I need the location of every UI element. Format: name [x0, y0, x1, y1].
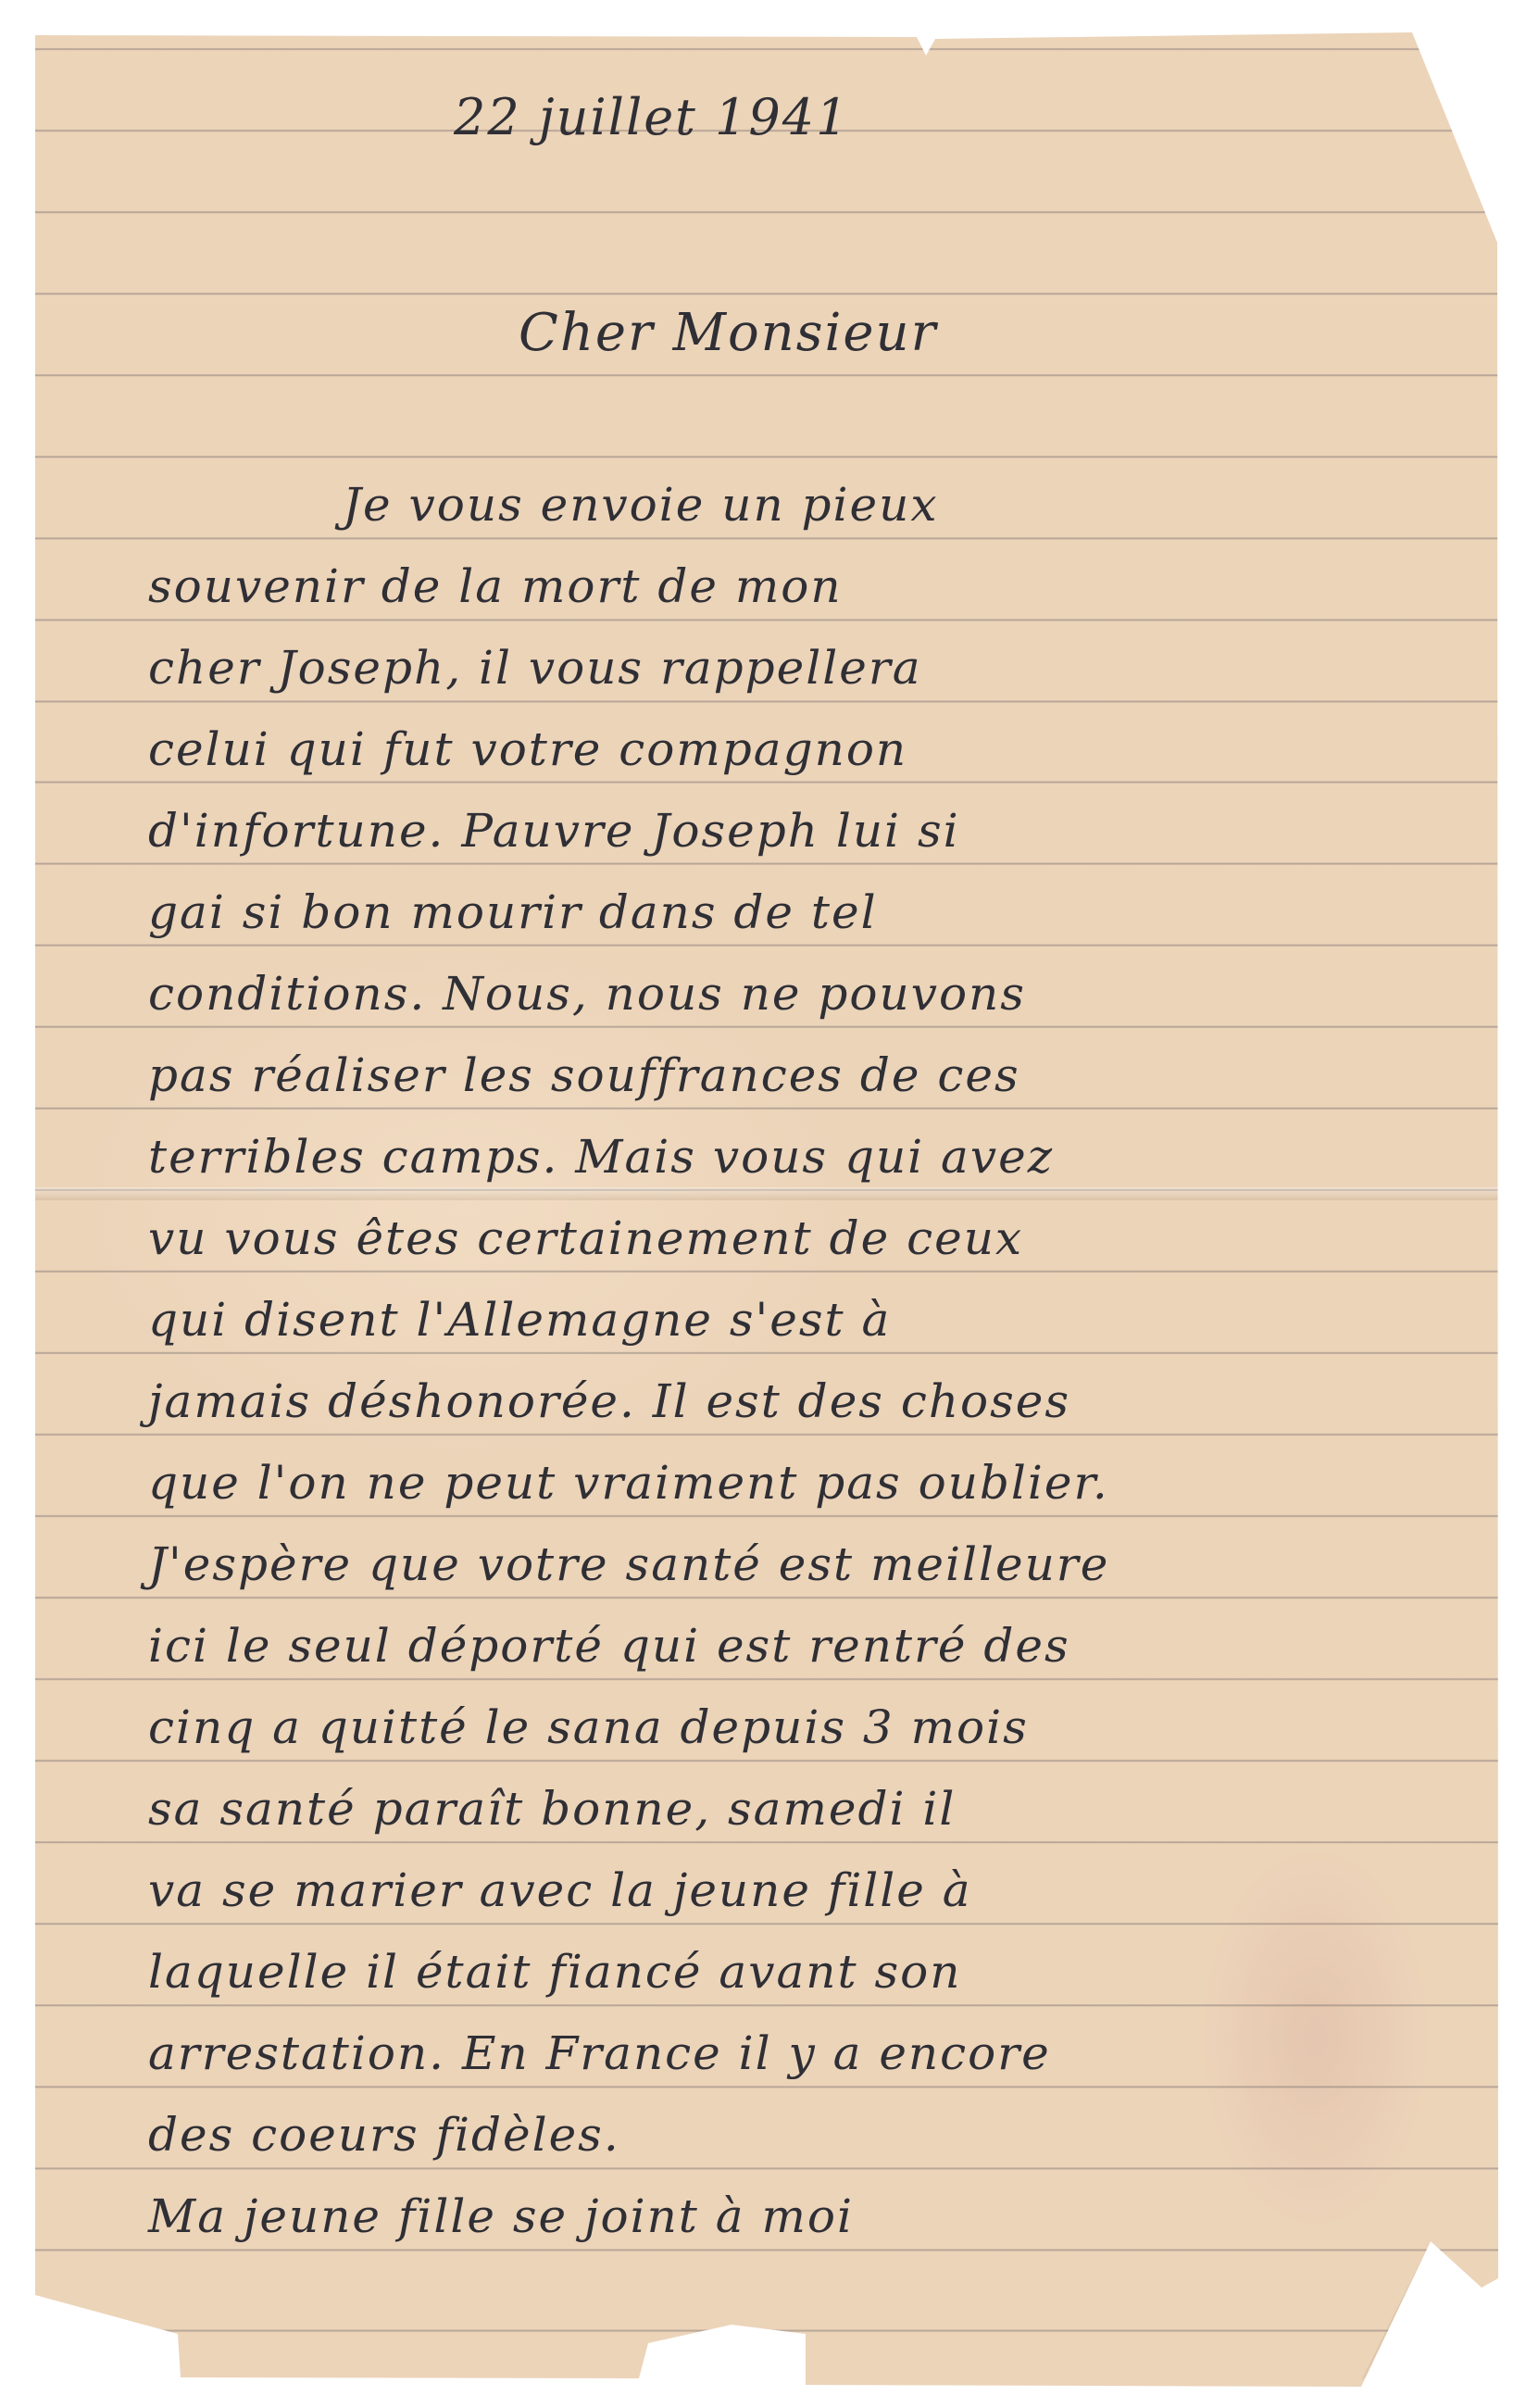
letter-line: sa santé paraît bonne, samedi il	[148, 1786, 956, 1832]
letter-line: souvenir de la mort de mon	[148, 563, 843, 609]
letter-line: cher Joseph, il vous rappellera	[148, 645, 922, 691]
letter-line: jamais déshonorée. Il est des choses	[148, 1378, 1070, 1424]
letter-line: va se marier avec la jeune fille à	[148, 1867, 972, 1913]
letter-salutation: Cher Monsieur	[519, 307, 937, 359]
letter-paper: 22 juillet 1941 Cher Monsieur Je vous en…	[0, 0, 1526, 2408]
letter-line: des coeurs fidèles.	[148, 2112, 620, 2158]
paper-fold-crease	[35, 1187, 1498, 1200]
letter-line: Je vous envoie un pieux	[343, 482, 939, 528]
letter-line: pas réaliser les souffrances de ces	[148, 1052, 1020, 1098]
letter-line: arrestation. En France il y a encore	[148, 2030, 1051, 2076]
letter-line: J'espère que votre santé est meilleure	[148, 1541, 1109, 1587]
letter-line: Ma jeune fille se joint à moi	[148, 2193, 854, 2239]
letter-date: 22 juillet 1941	[454, 93, 849, 143]
letter-line: conditions. Nous, nous ne pouvons	[148, 971, 1026, 1017]
letter-line: laquelle il était fiancé avant son	[148, 1949, 961, 1995]
letter-line: qui disent l'Allemagne s'est à	[148, 1297, 891, 1343]
letter-line: d'infortune. Pauvre Joseph lui si	[148, 808, 960, 854]
letter-line: celui qui fut votre compagnon	[148, 726, 907, 772]
letter-line: vu vous êtes certainement de ceux	[148, 1215, 1023, 1261]
letter-line: que l'on ne peut vraiment pas oublier.	[148, 1460, 1109, 1506]
letter-line: ici le seul déporté qui est rentré des	[148, 1623, 1070, 1669]
letter-line: cinq a quitté le sana depuis 3 mois	[148, 1704, 1029, 1750]
letter-line: gai si bon mourir dans de tel	[148, 889, 878, 935]
letter-line: terribles camps. Mais vous qui avez	[148, 1134, 1054, 1180]
